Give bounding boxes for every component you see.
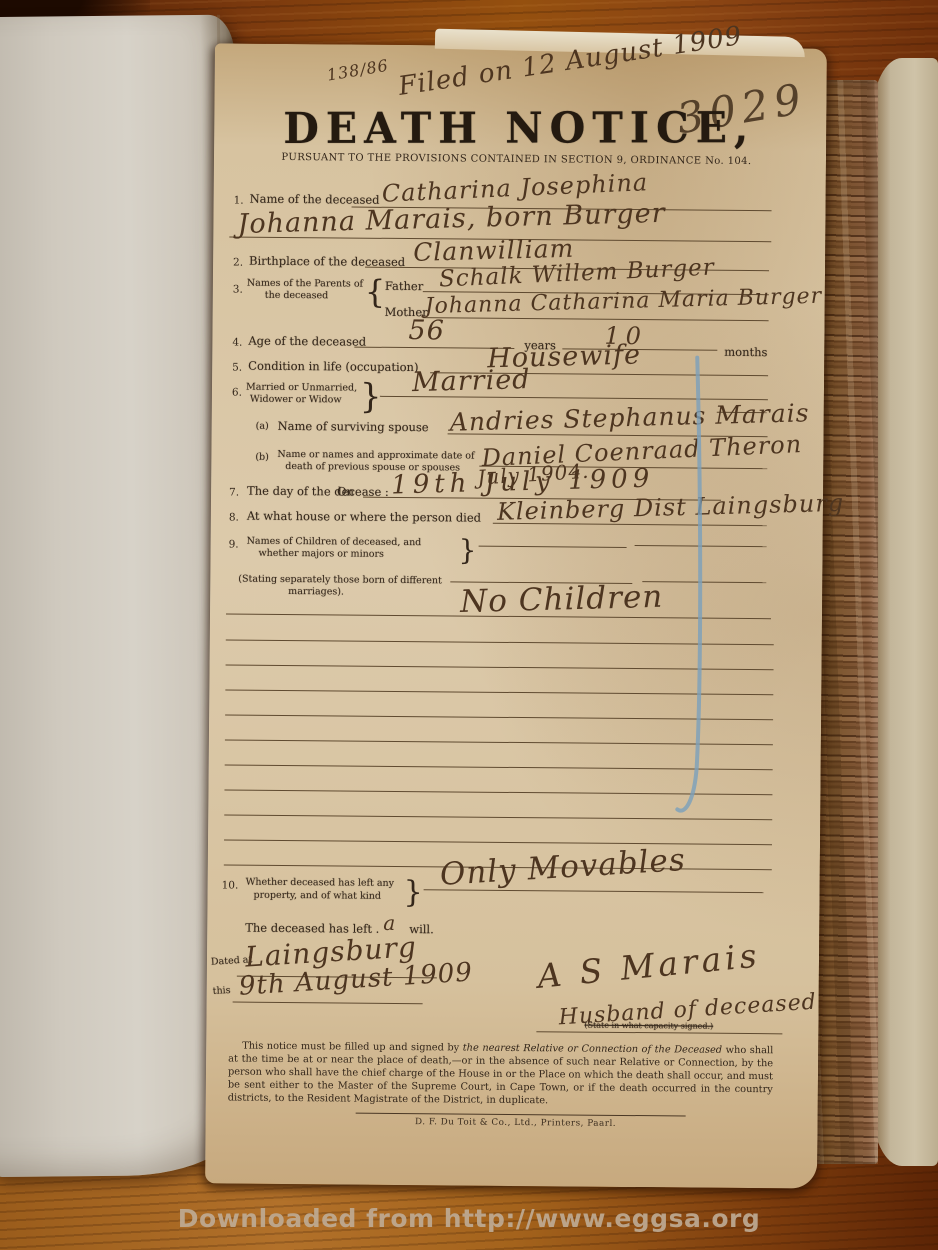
footer-notice: This notice must be filled up and signed… [228, 1040, 774, 1110]
field7-on-label: On [337, 484, 354, 498]
footer-notice-part1: This notice must be filled up and signed… [242, 1041, 463, 1054]
field5-label: Condition in life (occupation) [248, 359, 418, 374]
printer-imprint: D. F. Du Toit & Co., Ltd., Printers, Paa… [266, 1116, 766, 1130]
field6a-number: (a) [256, 421, 269, 432]
signature-value: A S Marais [536, 939, 762, 993]
field1-label: Name of the deceased [250, 192, 380, 207]
field10-number: 10. [222, 879, 239, 891]
field10-label-line1: Whether deceased has left any [246, 877, 394, 889]
field6-value: Married [412, 366, 531, 396]
footer-notice-italic: the nearest Relative or Connection of th… [463, 1043, 722, 1056]
field2-value: Clanwilliam [413, 236, 575, 265]
field1-number: 1. [234, 195, 244, 207]
field10-label-line2: property, and of what kind [254, 890, 382, 902]
field4-label: Age of the deceased [248, 334, 366, 349]
mother-value: Johanna Catharina Maria Burger [425, 286, 823, 318]
field2-number: 2. [233, 257, 243, 269]
field3-label-line2: the deceased [265, 290, 329, 302]
field6a-value: Andries Stephanus Marais [449, 400, 809, 434]
site-watermark: Downloaded from http://www.eggsa.org [0, 1204, 938, 1233]
field3-brace: { [365, 273, 386, 311]
will-insert: a [383, 913, 396, 933]
field6b-number: (b) [255, 452, 269, 463]
field6-brace: } [360, 377, 382, 417]
field9-label-line2: whether majors or minors [258, 548, 383, 560]
field6a-label: Name of surviving spouse [278, 419, 429, 434]
field7-value: 19th July 1909 [391, 466, 655, 499]
field6b-label-line1: Name or names and approximate date of [277, 449, 474, 462]
father-label: Father [385, 279, 424, 293]
field4-number: 4. [232, 337, 242, 349]
ruled-line [479, 546, 627, 548]
form-title: DEATH NOTICE, [264, 103, 774, 154]
file-reference-annotation: 138/86 [326, 58, 390, 84]
page-stack-edge [872, 58, 938, 1166]
field3-number: 3. [233, 284, 243, 296]
field6-number: 6. [232, 387, 242, 399]
field6-label-line2: Widower or Widow [250, 394, 342, 406]
age-years-value: 56 [408, 317, 445, 344]
ruled-line [536, 1031, 782, 1034]
field9-label-line1: Names of Children of deceased, and [247, 536, 422, 549]
printer-rule [356, 1113, 686, 1117]
form-subtitle: PURSUANT TO THE PROVISIONS CONTAINED IN … [224, 151, 809, 167]
field8-label: At what house or where the person died [247, 509, 481, 525]
field3-label-line1: Names of the Parents of [247, 278, 363, 290]
field5-number: 5. [232, 362, 242, 374]
field9-number: 9. [229, 538, 239, 550]
field8-number: 8. [229, 511, 239, 523]
blue-check-mark [648, 347, 732, 838]
field9-note-line1: (Stating separately those born of differ… [238, 574, 442, 587]
field9-value: No Children [460, 582, 664, 618]
field7-number: 7. [229, 486, 239, 498]
this-label: this [212, 985, 230, 997]
signature-caption: (State in what capacity signed.) [584, 1021, 713, 1031]
death-notice-page: 138/86 Filed on 12 August 1909 3029 DEAT… [205, 43, 827, 1188]
field10-brace: } [403, 875, 422, 910]
field9-note-line2: marriages). [288, 586, 344, 597]
ruled-line [233, 1002, 423, 1005]
field6-label-line1: Married or Unmarried, [246, 382, 357, 394]
field9-brace: } [458, 533, 476, 566]
